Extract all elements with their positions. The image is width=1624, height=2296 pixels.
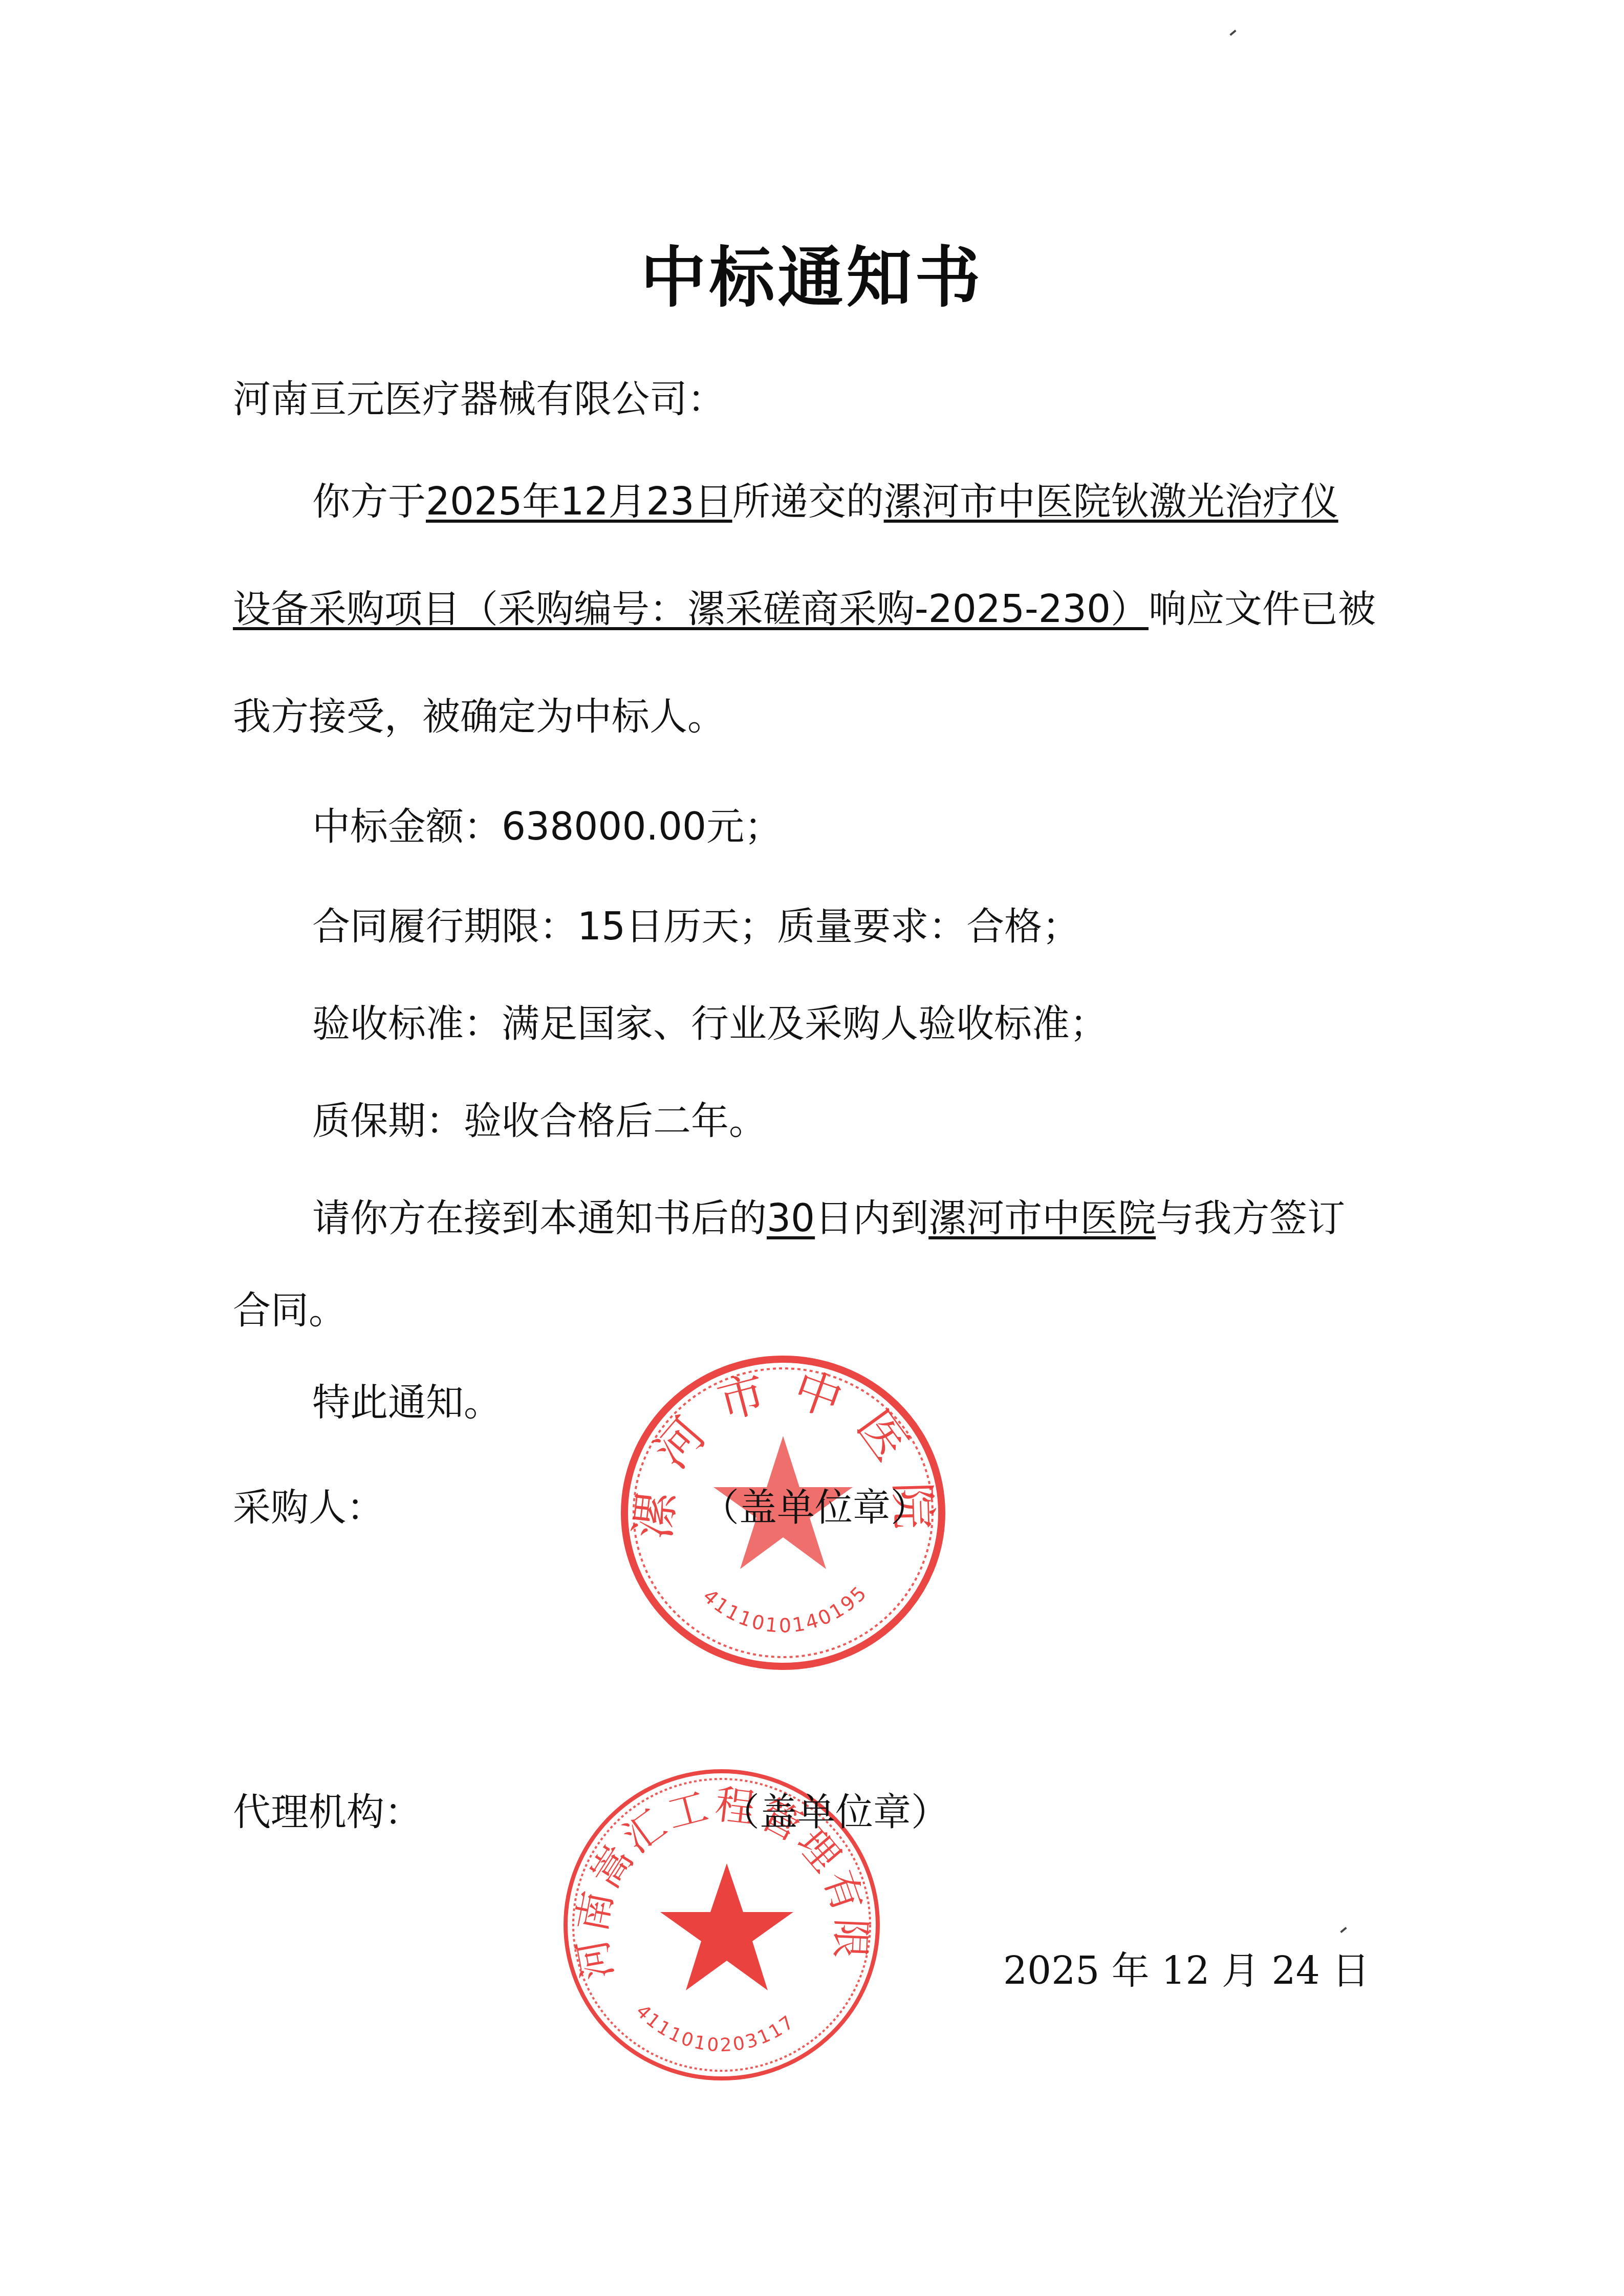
scan-speck bbox=[1229, 30, 1236, 36]
agency-seal-code: 4111010203117 bbox=[632, 2001, 799, 2056]
period-label: 合同履行期限： bbox=[312, 905, 577, 949]
paragraph-1-line-3: 我方接受，被确定为中标人。 bbox=[233, 691, 725, 742]
acceptance-standard: 验收标准：满足国家、行业及采购人验收标准； bbox=[312, 998, 1108, 1049]
purchaser-label: 采购人： bbox=[233, 1482, 384, 1533]
document-page: 中标通知书 河南亘元医疗器械有限公司： 你方于2025年12月23日所递交的漯河… bbox=[0, 0, 1624, 2296]
acceptance-label: 验收标准： bbox=[312, 1002, 502, 1046]
text: 请你方在接到本通知书后的 bbox=[312, 1196, 767, 1240]
quality-value: 合格； bbox=[966, 905, 1080, 949]
agency-seal-note: （盖单位章） bbox=[722, 1787, 949, 1838]
text: 响应文件已被 bbox=[1149, 587, 1376, 631]
acceptance-value: 满足国家、行业及采购人验收标准； bbox=[502, 1002, 1108, 1046]
text: 你方于 bbox=[312, 480, 426, 524]
bid-amount: 中标金额：638000.00元； bbox=[312, 801, 782, 852]
purchaser-seal-note: （盖单位章） bbox=[701, 1482, 928, 1533]
agency-label: 代理机构： bbox=[233, 1787, 422, 1838]
document-title: 中标通知书 bbox=[0, 225, 1624, 319]
quality-label: 质量要求： bbox=[777, 905, 966, 949]
project-name-part-1: 漯河市中医院钬激光治疗仪 bbox=[884, 480, 1338, 524]
svg-text:4111010203117: 4111010203117 bbox=[632, 2001, 799, 2056]
contract-instruction-line-1: 请你方在接到本通知书后的30日内到漯河市中医院与我方签订 bbox=[312, 1193, 1345, 1244]
closing-remark: 特此通知。 bbox=[312, 1377, 502, 1428]
warranty-label: 质保期： bbox=[312, 1099, 464, 1143]
paragraph-1-line-2: 设备采购项目（采购编号：漯采磋商采购-2025-230）响应文件已被 bbox=[233, 584, 1376, 635]
text: 所递交的 bbox=[732, 480, 884, 524]
scan-speck bbox=[1340, 1927, 1347, 1933]
text: 与我方签订 bbox=[1156, 1196, 1345, 1240]
bid-amount-value: 638000.00元； bbox=[502, 805, 782, 849]
bid-amount-label: 中标金额： bbox=[312, 805, 502, 849]
addressee: 河南亘元医疗器械有限公司： bbox=[233, 374, 725, 425]
svg-text:4111010140195: 4111010140195 bbox=[699, 1581, 872, 1637]
text: 日内到 bbox=[815, 1196, 928, 1240]
warranty-period: 质保期：验收合格后二年。 bbox=[312, 1096, 767, 1147]
paragraph-1-line-1: 你方于2025年12月23日所递交的漯河市中医院钬激光治疗仪 bbox=[312, 476, 1338, 527]
period-value: 15日历天； bbox=[577, 905, 777, 949]
project-name-part-2: 设备采购项目（采购编号：漯采磋商采购-2025-230） bbox=[233, 587, 1149, 631]
submit-date: 2025年12月23日 bbox=[426, 480, 732, 524]
purchaser-seal-code: 4111010140195 bbox=[699, 1581, 872, 1637]
contract-place: 漯河市中医院 bbox=[928, 1196, 1156, 1240]
warranty-value: 验收合格后二年。 bbox=[464, 1099, 767, 1143]
contract-instruction-line-2: 合同。 bbox=[233, 1285, 347, 1336]
contract-days: 30 bbox=[767, 1196, 815, 1240]
issue-date: 2025 年 12 月 24 日 bbox=[1003, 1945, 1370, 1997]
contract-period-and-quality: 合同履行期限：15日历天；质量要求：合格； bbox=[312, 901, 1080, 952]
